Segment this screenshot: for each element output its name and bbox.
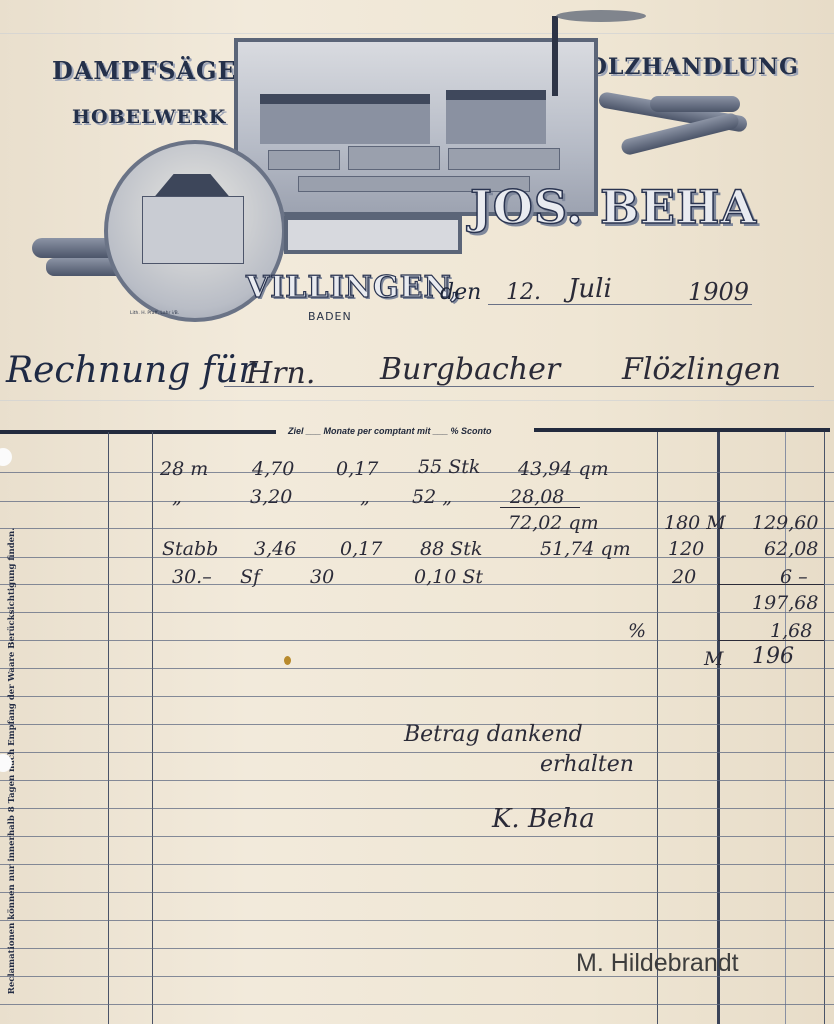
grand-total: 196 xyxy=(752,644,794,669)
item-measure: 51,74 qm xyxy=(540,538,631,560)
villa xyxy=(142,196,244,264)
chimney xyxy=(552,16,558,96)
receipt-line-1: Betrag dankend xyxy=(404,722,583,747)
item-count: 88 Stk xyxy=(420,538,482,560)
invoice-title: Rechnung für xyxy=(6,350,256,391)
firm-name-last: BEHA xyxy=(600,180,757,234)
lumber-stack xyxy=(348,146,440,170)
lumber-stack xyxy=(268,150,340,170)
payment-terms: Ziel ___ Monate per comptant mit ___ % S… xyxy=(288,426,492,436)
item-qty: „ xyxy=(172,486,182,508)
city-name: VILLINGEN, xyxy=(246,270,461,305)
total-rule xyxy=(718,640,824,641)
subtotal-rule xyxy=(718,584,824,585)
date-month: Juli xyxy=(568,274,612,304)
pine-branch-panel xyxy=(284,216,462,254)
ledger-rule xyxy=(0,400,834,401)
watermark: M. Hildebrandt xyxy=(576,949,739,978)
item-price: 20 xyxy=(672,566,696,588)
lithographer-credit: Lith. H. Pfaff, Lahr i/B. xyxy=(130,311,179,316)
grand-total-label: M xyxy=(704,648,723,670)
date-year: 1909 xyxy=(688,278,749,306)
item-width: „ xyxy=(360,486,370,508)
region-name: BADEN xyxy=(308,310,352,323)
column-rule xyxy=(824,432,825,1024)
signature-name: K. Beha xyxy=(492,804,595,834)
item-width: 0,17 xyxy=(340,538,382,560)
item-qty: Stabb xyxy=(162,538,218,560)
discount-amount: 1,68 xyxy=(770,620,812,642)
date-prefix: den xyxy=(440,280,481,305)
item-length: 3,20 xyxy=(250,486,292,508)
item-count: 0,10 St xyxy=(414,566,483,588)
business-title-right: HOLZHANDLUNG xyxy=(566,54,799,80)
item-length: 3,46 xyxy=(254,538,296,560)
item-total: 129,60 xyxy=(752,512,818,534)
subtotal: 197,68 xyxy=(752,592,818,614)
chimney-smoke xyxy=(556,10,646,22)
item-measure: 43,94 qm xyxy=(518,458,609,480)
item-count: 55 Stk xyxy=(418,456,480,478)
sawmill-shed xyxy=(260,94,430,144)
discount-label: % xyxy=(628,620,646,642)
recipient-name: Burgbacher xyxy=(380,352,560,387)
item-price: 120 xyxy=(668,538,704,560)
log xyxy=(650,96,740,112)
ink-stain xyxy=(284,656,291,665)
date-day: 12. xyxy=(506,280,541,305)
item-width: 0,17 xyxy=(336,458,378,480)
item-total: 62,08 xyxy=(764,538,818,560)
ledger-rule xyxy=(0,33,834,34)
column-rule xyxy=(108,432,109,1024)
item-price: 180 M xyxy=(664,512,726,534)
item-length: 4,70 xyxy=(252,458,294,480)
firm-name-first: JOS. xyxy=(470,180,583,234)
item-width: 30 xyxy=(310,566,334,588)
lumber-stack xyxy=(448,148,560,170)
item-length: Sf xyxy=(240,566,260,588)
villa-roof xyxy=(146,174,238,196)
business-title-left-2: HOBELWERK xyxy=(72,106,226,128)
date-underline xyxy=(488,304,752,305)
item-qty: 30.– xyxy=(172,566,212,588)
sum-underline xyxy=(500,507,580,508)
item-qty: 28 m xyxy=(160,458,208,480)
recipient-place: Flözlingen xyxy=(622,352,781,387)
recipient-underline xyxy=(224,386,814,387)
item-measure: 72,02 qm xyxy=(508,512,599,534)
receipt-line-2: erhalten xyxy=(540,752,634,777)
sawmill-building xyxy=(446,90,546,144)
header-band-left xyxy=(0,430,276,434)
column-rule xyxy=(152,432,153,1024)
column-rule xyxy=(657,432,658,1024)
item-count: 52 „ xyxy=(412,486,452,508)
item-measure: 28,08 xyxy=(510,486,564,508)
